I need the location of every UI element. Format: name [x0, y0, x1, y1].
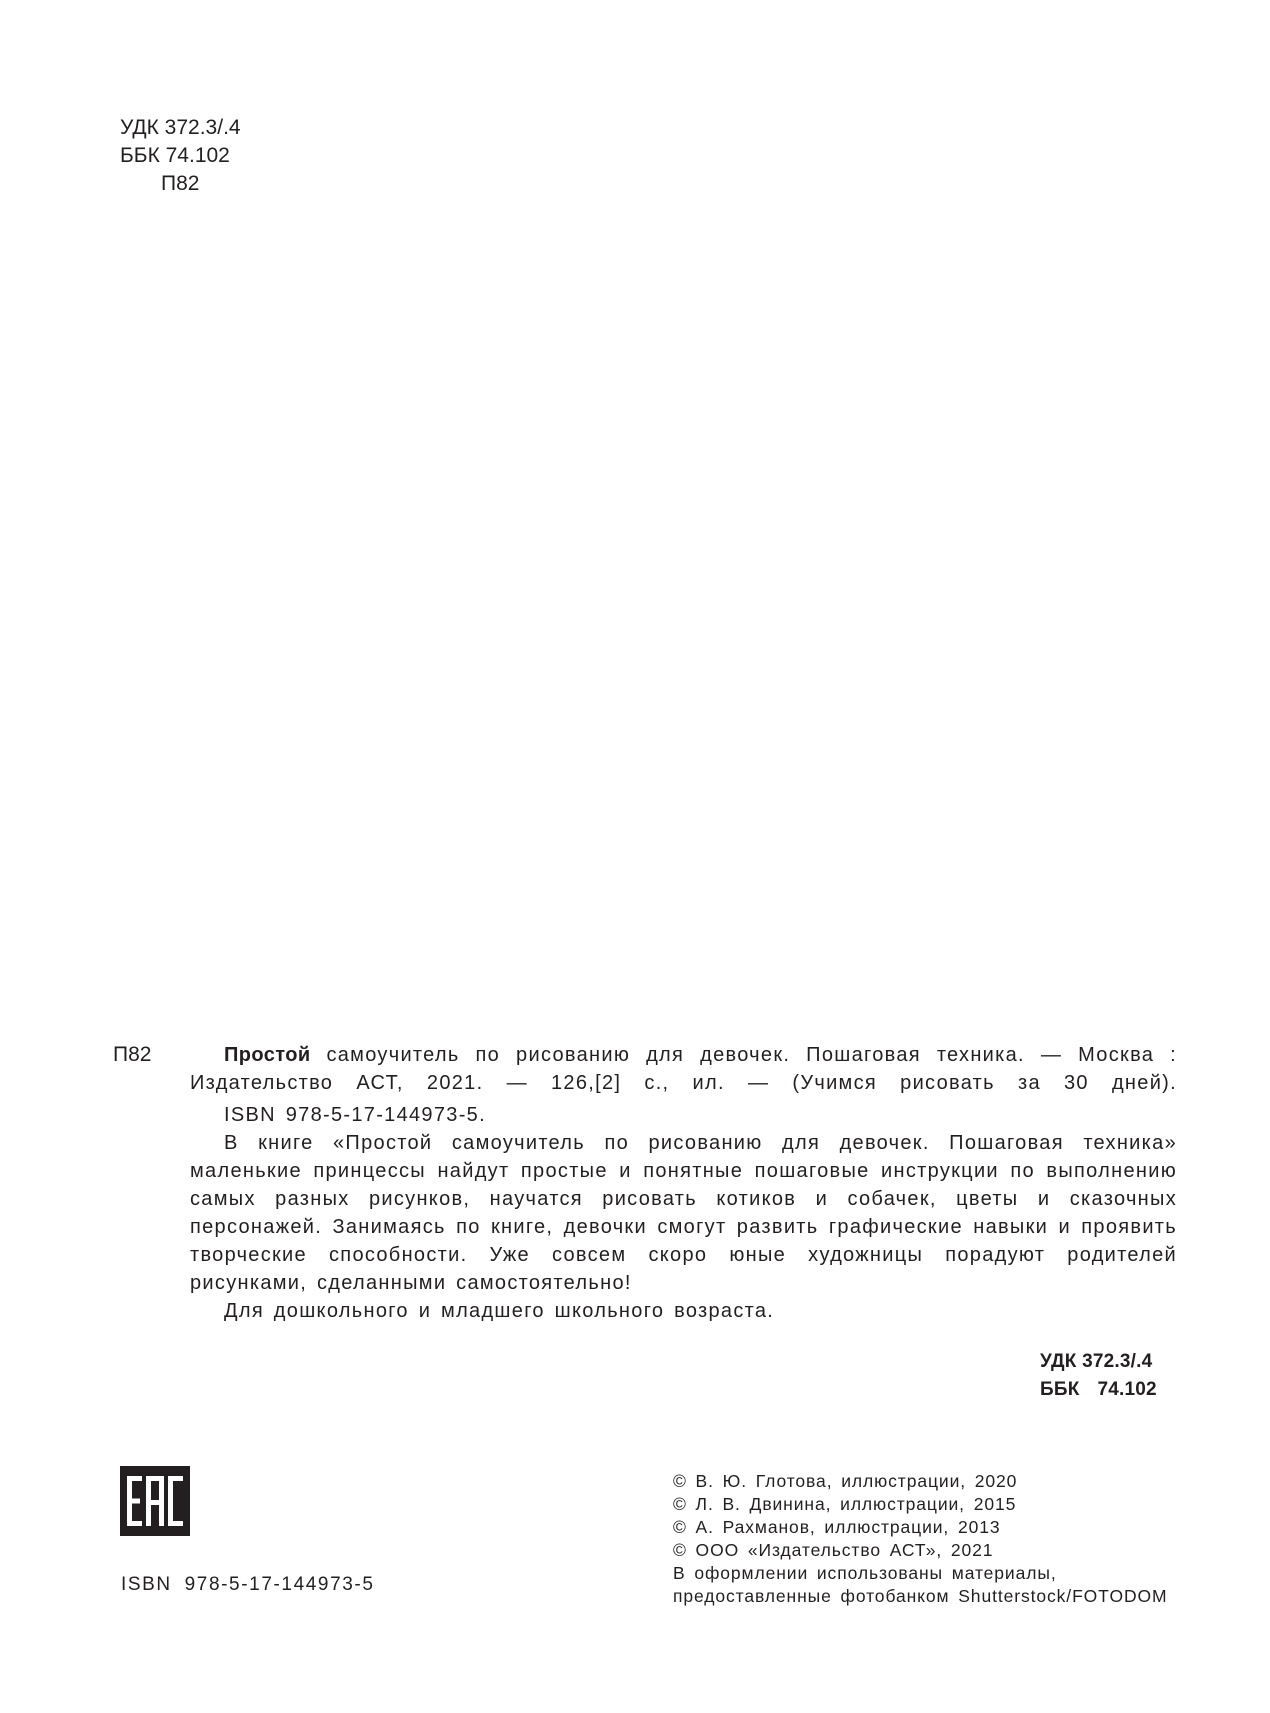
- bbk-value: 74.102: [1098, 1379, 1157, 1400]
- eac-certification-icon: [120, 1466, 190, 1536]
- eac-letters-icon: [120, 1466, 190, 1536]
- title-rest: самоучитель по рисованию для девочек. По…: [311, 1044, 1177, 1066]
- copyright-line: © А. Рахманов, иллюстрации, 2013: [673, 1516, 1167, 1539]
- isbn-line: ISBN 978-5-17-144973-5.: [190, 1101, 1177, 1129]
- title-bold: Простой: [224, 1044, 311, 1066]
- udk-label: УДК: [1040, 1351, 1077, 1372]
- audience: Для дошкольного и младшего школьного воз…: [190, 1297, 1177, 1325]
- bbk-bold: ББК74.102: [1040, 1376, 1157, 1404]
- right-classification: УДК 372.3/.4 ББК74.102: [1040, 1348, 1157, 1404]
- imprint-line: Издательство АСТ, 2021. — 126,[2] с., ил…: [190, 1069, 1177, 1097]
- copyright-block: © В. Ю. Глотова, иллюстрации, 2020 © Л. …: [673, 1470, 1167, 1608]
- title-entry: Простой самоучитель по рисованию для дев…: [190, 1041, 1177, 1069]
- udk-code: УДК 372.3/.4: [120, 114, 241, 142]
- design-credit-line: предоставленные фотобанком Shutterstock/…: [673, 1585, 1167, 1608]
- bbk-code: ББК 74.102: [120, 142, 241, 170]
- biblio-author-mark: П82: [113, 1041, 151, 1069]
- top-classification: УДК 372.3/.4 ББК 74.102 П82: [120, 114, 241, 198]
- author-mark: П82: [120, 170, 241, 198]
- isbn-bottom: ISBN 978-5-17-144973-5: [121, 1573, 375, 1597]
- udk-value: 372.3/.4: [1082, 1351, 1152, 1372]
- annotation: В книге «Простой самоучитель по рисовани…: [190, 1129, 1177, 1297]
- copyright-line: © ООО «Издательство АСТ», 2021: [673, 1539, 1167, 1562]
- bbk-label: ББК: [1040, 1379, 1080, 1400]
- udk-bold: УДК 372.3/.4: [1040, 1348, 1157, 1376]
- copyright-line: © В. Ю. Глотова, иллюстрации, 2020: [673, 1470, 1167, 1493]
- bibliographic-record: Простой самоучитель по рисованию для дев…: [190, 1041, 1177, 1325]
- copyright-line: © Л. В. Двинина, иллюстрации, 2015: [673, 1493, 1167, 1516]
- design-credit-line: В оформлении использованы материалы,: [673, 1562, 1167, 1585]
